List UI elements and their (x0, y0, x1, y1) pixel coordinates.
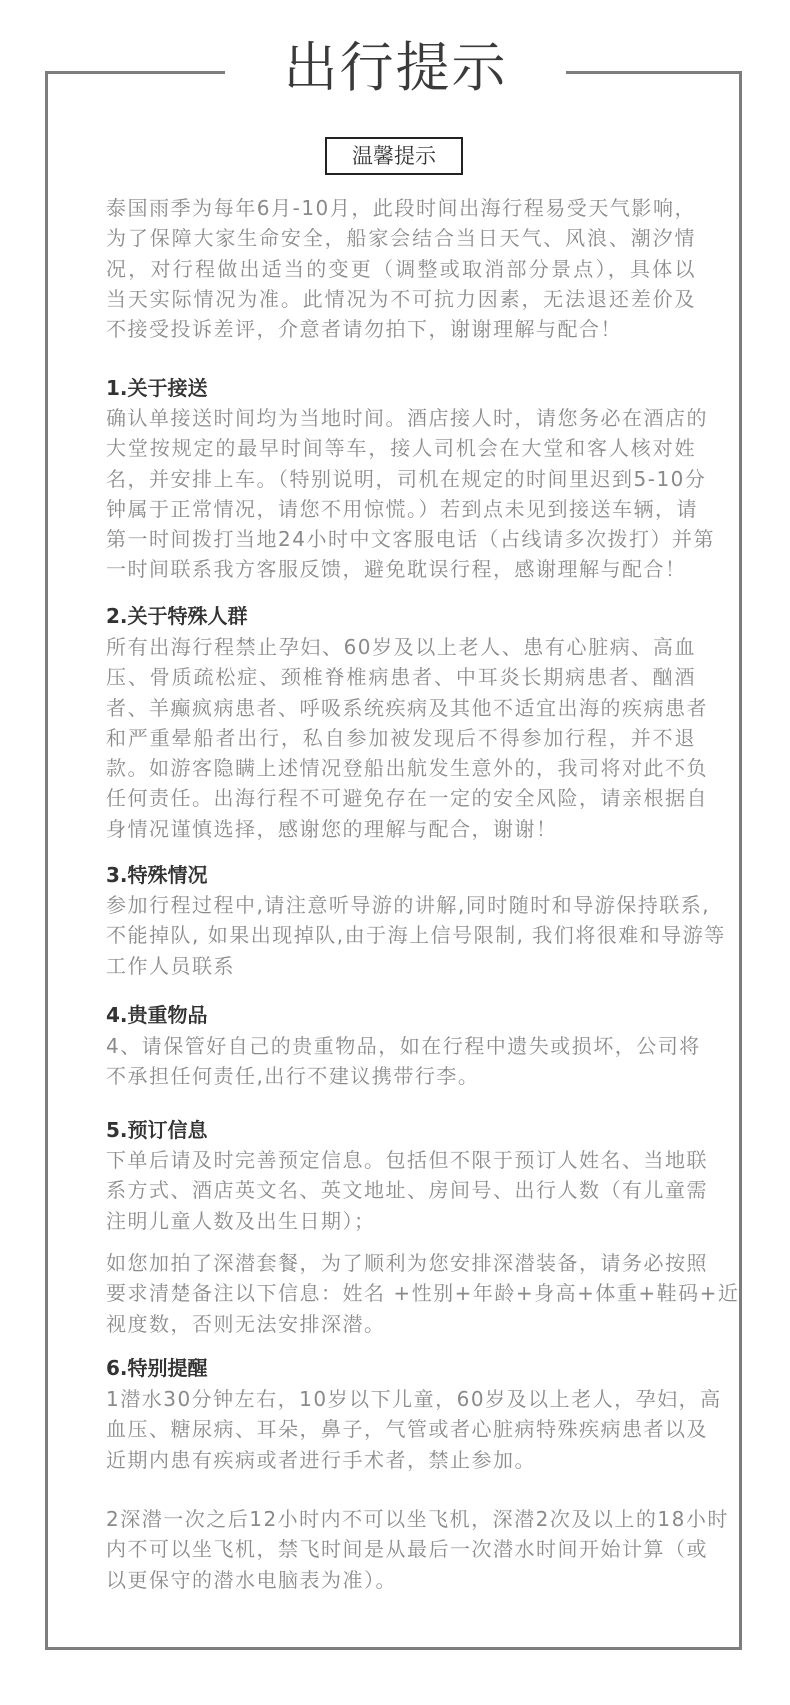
section-body-special-groups: 所有出海行程禁止孕妇、60岁及以上老人、患有心脏病、高血 压、骨质疏松症、颈椎脊… (106, 632, 696, 844)
section-heading-special-reminder: 6.特别提醒 (106, 1353, 208, 1383)
intro-line: 当天实际情况为准。此情况为不可抗力因素，无法退还差价及 (106, 284, 696, 314)
body-line: 要求清楚备注以下信息：姓名 +性别+年龄+身高+体重+鞋码+近 (106, 1278, 696, 1308)
body-line: 不承担任何责任,出行不建议携带行李。 (106, 1061, 696, 1091)
body-line: 系方式、酒店英文名、英文地址、房间号、出行人数（有儿童需 (106, 1175, 696, 1205)
body-line: 4、请保管好自己的贵重物品，如在行程中遗失或损坏，公司将 (106, 1031, 696, 1061)
intro-line: 不接受投诉差评，介意者请勿拍下，谢谢理解与配合！ (106, 314, 696, 344)
page-title: 出行提示 (225, 36, 566, 100)
body-line: 所有出海行程禁止孕妇、60岁及以上老人、患有心脏病、高血 (106, 632, 696, 662)
section-heading-valuables: 4.贵重物品 (106, 1000, 208, 1030)
body-line: 近期内患有疾病或者进行手术者，禁止参加。 (106, 1445, 696, 1475)
body-line: 血压、糖尿病、耳朵，鼻子，气管或者心脏病特殊疾病患者以及 (106, 1414, 696, 1444)
subtitle-badge: 温馨提示 (325, 137, 463, 175)
frame-top-right-line (566, 71, 742, 74)
body-line: 工作人员联系 (106, 951, 696, 981)
section-body-special-situations: 参加行程过程中,请注意听导游的讲解,同时随时和导游保持联系, 不能掉队, 如果出… (106, 890, 696, 981)
section-heading-booking-info: 5.预订信息 (106, 1115, 208, 1145)
section-body-flight-restrictions: 2深潜一次之后12小时内不可以坐飞机，深潜2次及以上的18小时 内不可以坐飞机，… (106, 1504, 696, 1595)
section-body-diving-info: 如您加拍了深潜套餐，为了顺利为您安排深潜装备，请务必按照 要求清楚备注以下信息：… (106, 1248, 696, 1339)
body-line: 如您加拍了深潜套餐，为了顺利为您安排深潜装备，请务必按照 (106, 1248, 696, 1278)
section-body-valuables: 4、请保管好自己的贵重物品，如在行程中遗失或损坏，公司将 不承担任何责任,出行不… (106, 1031, 696, 1092)
body-line: 身情况谨慎选择，感谢您的理解与配合，谢谢！ (106, 814, 696, 844)
section-body-booking-info: 下单后请及时完善预定信息。包括但不限于预订人姓名、当地联 系方式、酒店英文名、英… (106, 1145, 696, 1236)
frame-top-left-line (45, 71, 225, 74)
body-line: 参加行程过程中,请注意听导游的讲解,同时随时和导游保持联系, (106, 890, 696, 920)
body-line: 款。如游客隐瞒上述情况登船出航发生意外的，我司将对此不负 (106, 753, 696, 783)
frame-bottom-border (45, 1647, 742, 1650)
section-heading-pickup: 1.关于接送 (106, 373, 208, 403)
body-line: 1潜水30分钟左右，10岁以下儿童，60岁及以上老人，孕妇，高 (106, 1384, 696, 1414)
body-line: 任何责任。出海行程不可避免存在一定的安全风险，请亲根据自 (106, 783, 696, 813)
intro-line: 为了保障大家生命安全，船家会结合当日天气、风浪、潮汐情 (106, 223, 696, 253)
body-line: 者、羊癫疯病患者、呼吸系统疾病及其他不适宜出海的疾病患者 (106, 693, 696, 723)
section-body-diving-restrictions: 1潜水30分钟左右，10岁以下儿童，60岁及以上老人，孕妇，高 血压、糖尿病、耳… (106, 1384, 696, 1475)
body-line: 确认单接送时间均为当地时间。酒店接人时，请您务必在酒店的 (106, 403, 696, 433)
body-line: 和严重晕船者出行，私自参加被发现后不得参加行程，并不退 (106, 723, 696, 753)
frame-left-border (45, 71, 48, 1650)
body-line: 压、骨质疏松症、颈椎脊椎病患者、中耳炎长期病患者、酗酒 (106, 662, 696, 692)
body-line: 注明儿童人数及出生日期）； (106, 1206, 696, 1236)
body-line: 钟属于正常情况，请您不用惊慌。）若到点未见到接送车辆，请 (106, 494, 696, 524)
frame-right-border (739, 71, 742, 1650)
body-line: 以更保守的潜水电脑表为准）。 (106, 1565, 696, 1595)
body-line: 一时间联系我方客服反馈，避免耽误行程，感谢理解与配合！ (106, 554, 696, 584)
body-line: 大堂按规定的最早时间等车，接人司机会在大堂和客人核对姓 (106, 433, 696, 463)
body-line: 2深潜一次之后12小时内不可以坐飞机，深潜2次及以上的18小时 (106, 1504, 696, 1534)
body-line: 下单后请及时完善预定信息。包括但不限于预订人姓名、当地联 (106, 1145, 696, 1175)
body-line: 视度数，否则无法安排深潜。 (106, 1309, 696, 1339)
intro-line: 泰国雨季为每年6月-10月，此段时间出海行程易受天气影响， (106, 193, 696, 223)
body-line: 内不可以坐飞机，禁飞时间是从最后一次潜水时间开始计算（或 (106, 1534, 696, 1564)
section-heading-special-situations: 3.特殊情况 (106, 860, 208, 890)
body-line: 名，并安排上车。（特别说明，司机在规定的时间里迟到5-10分 (106, 464, 696, 494)
intro-paragraph: 泰国雨季为每年6月-10月，此段时间出海行程易受天气影响， 为了保障大家生命安全… (106, 193, 696, 344)
body-line: 不能掉队, 如果出现掉队,由于海上信号限制, 我们将很难和导游等 (106, 920, 696, 950)
body-line: 第一时间拨打当地24小时中文客服电话（占线请多次拨打）并第 (106, 524, 696, 554)
section-body-pickup: 确认单接送时间均为当地时间。酒店接人时，请您务必在酒店的 大堂按规定的最早时间等… (106, 403, 696, 585)
intro-line: 况，对行程做出适当的变更（调整或取消部分景点），具体以 (106, 254, 696, 284)
section-heading-special-groups: 2.关于特殊人群 (106, 601, 248, 631)
